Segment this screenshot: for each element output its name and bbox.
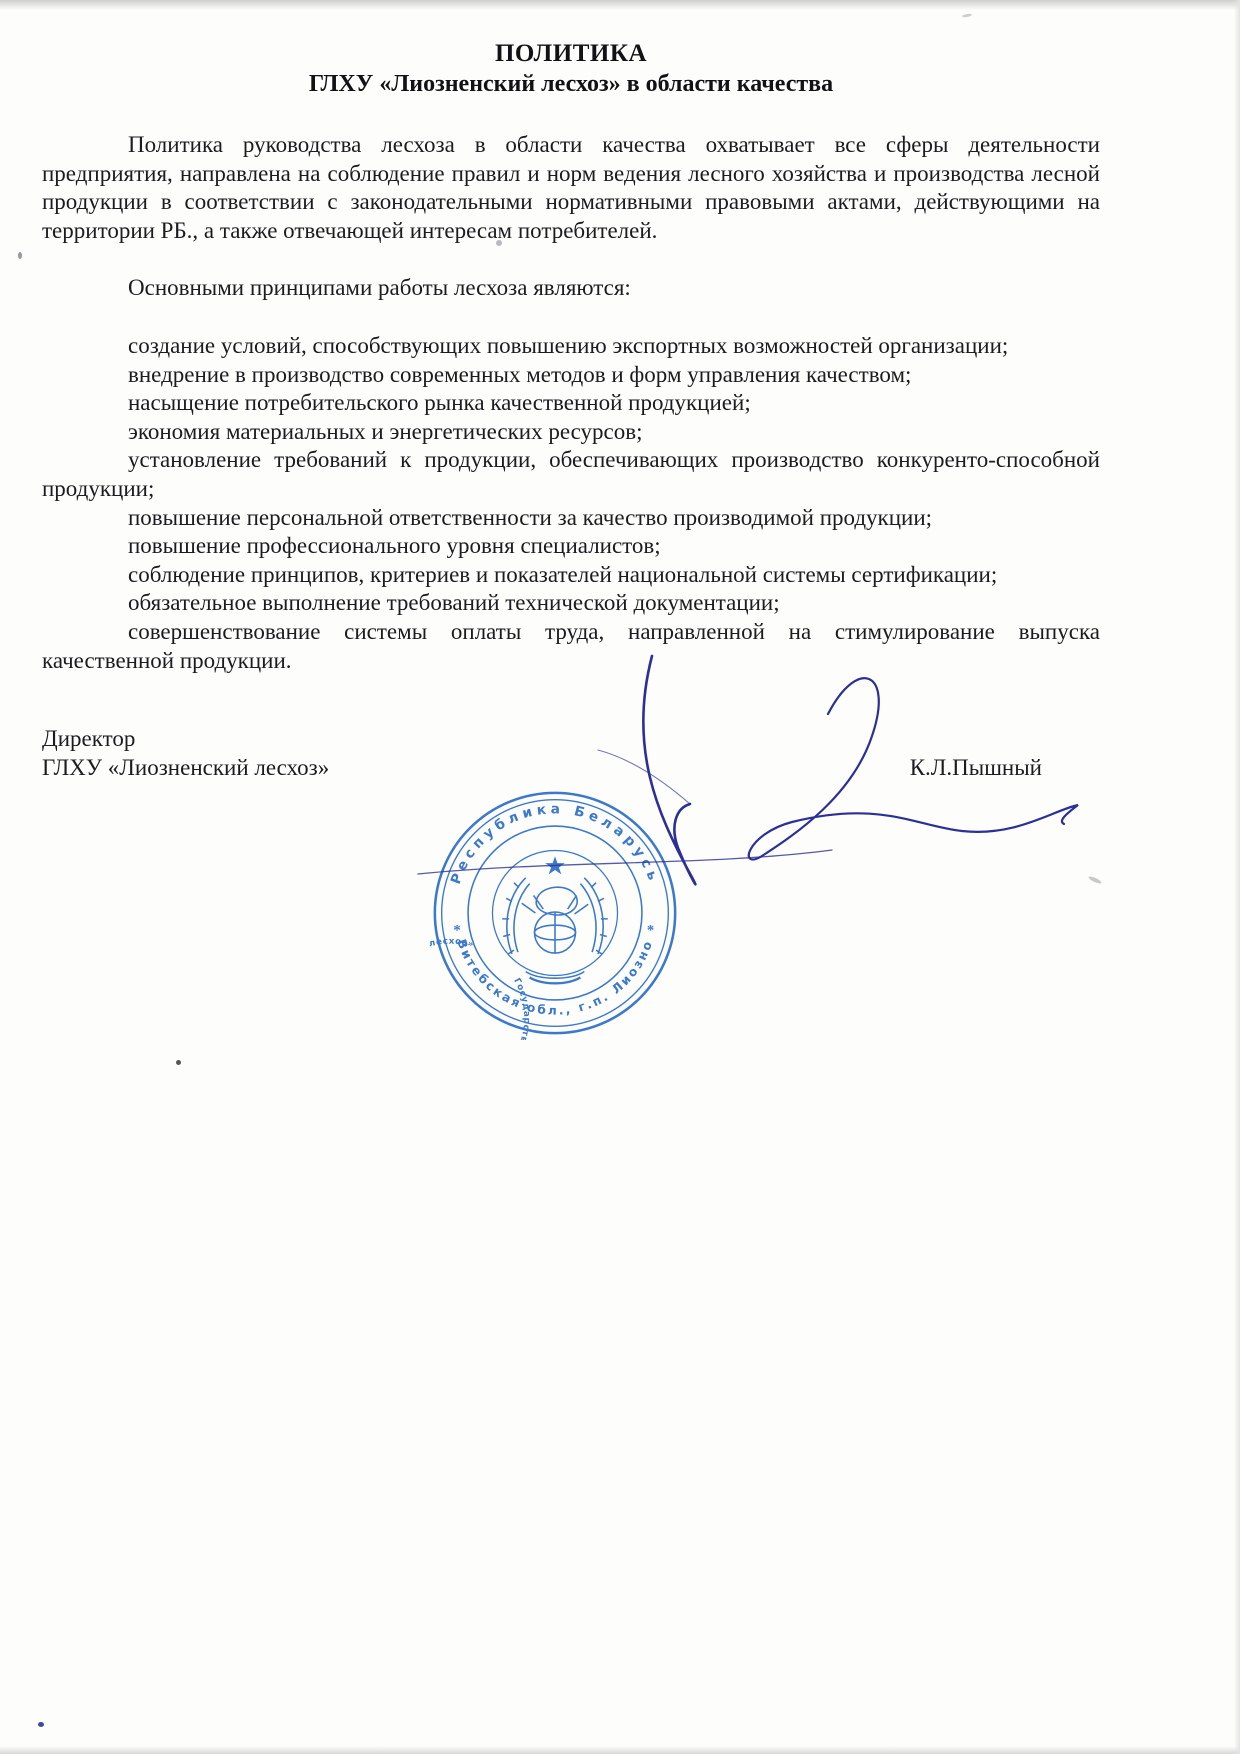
document-body: ПОЛИТИКА ГЛХУ «Лиозненский лесхоз» в обл… [42, 38, 1100, 782]
principles-intro: Основными принципами работы лесхоза явля… [42, 274, 1100, 303]
svg-text:Государственное лесохозяйствен: Государственное лесохозяйственное учрежд… [428, 937, 531, 1040]
principles-list: создание условий, способствующих повышен… [42, 332, 1100, 675]
scan-edge-top [0, 0, 1240, 10]
stamp-star-right-icon: * [647, 922, 654, 938]
stamp-star-left-icon: * [453, 922, 460, 938]
principle-item: повышение персональной ответственности з… [42, 504, 1100, 533]
stamp-text-country: Республика Беларусь [448, 801, 662, 886]
principle-item: экономия материальных и энергетических р… [42, 418, 1100, 447]
scan-artifact [496, 240, 502, 246]
svg-text:Республика Беларусь: Республика Беларусь [448, 801, 662, 886]
principle-item: повышение профессионального уровня специ… [42, 532, 1100, 561]
principle-item: насыщение потребительского рынка качеств… [42, 389, 1100, 418]
signature-block: Директор ГЛХУ «Лиозненский лесхоз» К.Л.П… [42, 724, 1100, 782]
spacer [42, 99, 1100, 131]
principle-item: внедрение в производство современных мет… [42, 361, 1100, 390]
document-subtitle: ГЛХУ «Лиозненский лесхоз» в области каче… [42, 69, 1100, 99]
coat-of-arms-icon [502, 856, 608, 983]
stamp-text-organization: Государственное лесохозяйственное учрежд… [428, 937, 531, 1040]
signatory-name: К.Л.Пышный [910, 753, 1100, 782]
principle-item: установление требований к продукции, обе… [42, 446, 1100, 503]
stamp-seal: Республика Беларусь Витебская обл., г.п.… [428, 786, 682, 1040]
principle-item: соблюдение принципов, критериев и показа… [42, 561, 1100, 590]
document-title: ПОЛИТИКА [42, 38, 1100, 69]
spacer [42, 245, 1100, 274]
signatory-position: Директор [42, 724, 329, 753]
principle-item: создание условий, способствующих повышен… [42, 332, 1100, 361]
scanned-document-page: ПОЛИТИКА ГЛХУ «Лиозненский лесхоз» в обл… [0, 0, 1240, 1754]
signatory-title: Директор ГЛХУ «Лиозненский лесхоз» [42, 724, 329, 782]
scan-edge-right [1234, 0, 1240, 1754]
scan-artifact [38, 1722, 44, 1727]
scan-artifact [18, 252, 22, 259]
principle-item: обязательное выполнение требований техни… [42, 589, 1100, 618]
principle-item: совершенствование системы оплаты труда, … [42, 618, 1100, 675]
spacer [42, 303, 1100, 332]
scan-edge-bottom [0, 1746, 1240, 1754]
scan-artifact [1088, 875, 1102, 885]
scan-artifact [176, 1060, 181, 1065]
official-stamp: Республика Беларусь Витебская обл., г.п.… [428, 786, 682, 1040]
signatory-organization: ГЛХУ «Лиозненский лесхоз» [42, 753, 329, 782]
scan-artifact [962, 13, 972, 18]
policy-paragraph: Политика руководства лесхоза в области к… [42, 131, 1100, 245]
